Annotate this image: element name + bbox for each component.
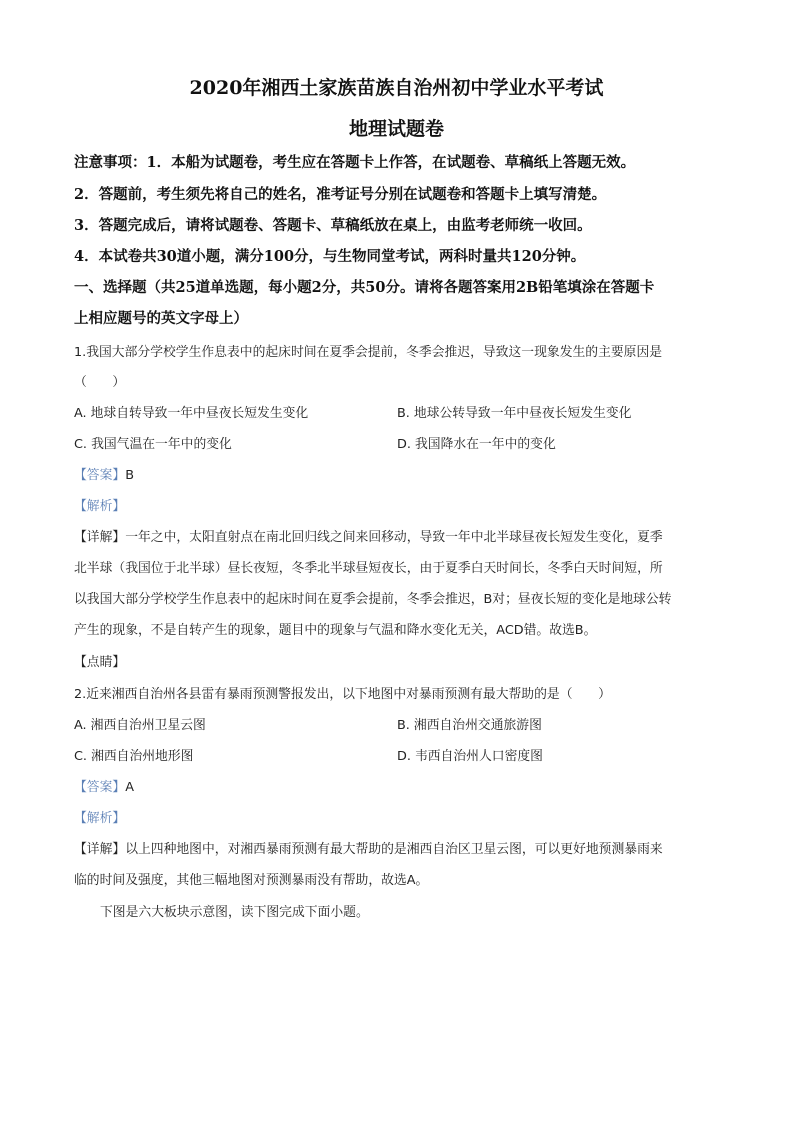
note-2: 2．答题前，考生须先将自己的姓名，准考证号分别在试题卷和答题卡上填写清楚。 — [74, 183, 734, 204]
exam-page: 2020年湘西土家族苗族自治州初中学业水平考试 地理试题卷 注意事项：1．本船为… — [0, 0, 793, 1122]
q1-option-b: B. 地球公转导致一年中昼夜长短发生变化 — [397, 402, 631, 421]
q2-analysis-label: 【解析】 — [74, 807, 734, 826]
q1-detail-line1: 【详解】一年之中，太阳直射点在南北回归线之间来回移动，导致一年中北半球昼夜长短发… — [74, 526, 734, 545]
detail-label: 【详解】 — [74, 530, 125, 545]
q1-stem: 1.我国大部分学校学生作息表中的起床时间在夏季会提前，冬季会推迟，导致这一现象发… — [74, 341, 734, 360]
section-heading-line2: 上相应题号的英文字母上） — [74, 307, 734, 328]
detail-label: 【详解】 — [74, 842, 125, 857]
q1-comment-label: 【点睛】 — [74, 651, 734, 670]
q2-option-a: A. 湘西自治州卫星云图 — [74, 714, 206, 733]
q1-option-d: D. 我国降水在一年中的变化 — [397, 433, 556, 452]
answer-value: B — [125, 468, 134, 483]
q1-detail-line4: 产生的现象，不是自转产生的现象，题目中的现象与气温和降水变化无关，ACD错。故选… — [74, 619, 734, 638]
detail-text: 以上四种地图中，对湘西暴雨预测有最大帮助的是湘西自治区卫星云图，可以更好地预测暴… — [125, 842, 662, 857]
note-4: 4．本试卷共30道小题，满分100分，与生物同堂考试，两科时量共120分钟。 — [74, 245, 734, 266]
q2-answer: 【答案】A — [74, 776, 734, 795]
section-heading-line1: 一、选择题（共25道单选题，每小题2分，共50分。请将各题答案用2B铅笔填涂在答… — [74, 276, 734, 297]
q1-detail-line3: 以我国大部分学校学生作息表中的起床时间在夏季会提前，冬季会推迟，B对；昼夜长短的… — [74, 588, 734, 607]
note-1: 注意事项：1．本船为试题卷，考生应在答题卡上作答，在试题卷、草稿纸上答题无效。 — [74, 151, 734, 172]
q2-detail-line1: 【详解】以上四种地图中，对湘西暴雨预测有最大帮助的是湘西自治区卫星云图，可以更好… — [74, 838, 734, 857]
answer-label: 【答案】 — [74, 468, 125, 483]
exam-subtitle: 地理试题卷 — [0, 114, 793, 141]
q1-detail-line2: 北半球（我国位于北半球）昼长夜短，冬季北半球昼短夜长，由于夏季白天时间长，冬季白… — [74, 557, 734, 576]
q1-option-c: C. 我国气温在一年中的变化 — [74, 433, 232, 452]
q1-analysis-label: 【解析】 — [74, 495, 734, 514]
q1-answer: 【答案】B — [74, 464, 734, 483]
answer-value: A — [125, 780, 134, 795]
q1-stem-bracket: （ ） — [74, 371, 734, 390]
q2-option-b: B. 湘西自治州交通旅游图 — [397, 714, 542, 733]
q2-detail-line2: 临的时间及强度，其他三幅地图对预测暴雨没有帮助，故选A。 — [74, 869, 734, 888]
answer-label: 【答案】 — [74, 780, 125, 795]
detail-text: 一年之中，太阳直射点在南北回归线之间来回移动，导致一年中北半球昼夜长短发生变化，… — [125, 530, 662, 545]
exam-title: 2020年湘西土家族苗族自治州初中学业水平考试 — [0, 73, 793, 100]
q2-option-d: D. 韦西自治州人口密度图 — [397, 745, 543, 764]
note-3: 3．答题完成后，请将试题卷、答题卡、草稿纸放在桌上，由监考老师统一收回。 — [74, 214, 734, 235]
next-question-intro: 下图是六大板块示意图，读下图完成下面小题。 — [100, 901, 760, 920]
q2-option-c: C. 湘西自治州地形图 — [74, 745, 193, 764]
q2-stem: 2.近来湘西自治州各县雷有暴雨预测警报发出，以下地图中对暴雨预测有最大帮助的是（… — [74, 683, 734, 702]
q1-option-a: A. 地球自转导致一年中昼夜长短发生变化 — [74, 402, 308, 421]
